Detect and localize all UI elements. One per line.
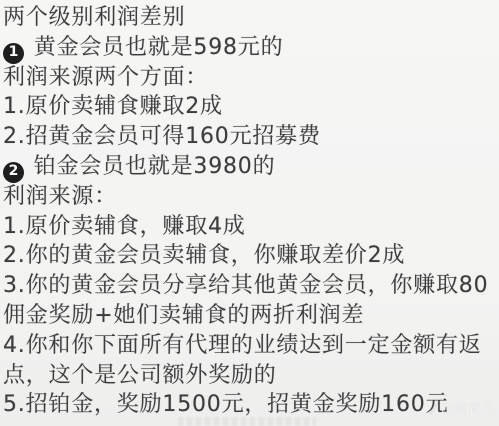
text-line: 佣金奖励+她们卖辅食的两折利润差 <box>3 301 499 331</box>
text-line: 利润来源： <box>3 182 499 212</box>
section-heading-text: 铂金会员也就是3980的 <box>34 154 276 179</box>
section-heading-platinum: 2 铂金会员也就是3980的 <box>3 152 499 182</box>
watermark: /口袋育儿 <box>431 398 496 417</box>
text-line: 1.原价卖辅食，赚取4成 <box>3 212 499 242</box>
text-line: 5.招铂金，奖励1500元，招黄金奖励160元 <box>3 390 499 420</box>
text-line: 1.原价卖辅食赚取2成 <box>3 92 499 122</box>
circled-number-1-icon: 1 <box>3 43 24 64</box>
text-line: 2.招黄金会员可得160元招募费 <box>3 122 499 152</box>
circled-number-2-icon: 2 <box>3 162 24 183</box>
text-line: 利润来源两个方面： <box>3 63 499 93</box>
text-line: 2.你的黄金会员卖辅食，你赚取差价2成 <box>3 241 499 271</box>
page-title: 两个级别利润差别 <box>3 3 499 33</box>
watermark-text: 口袋育儿 <box>440 402 496 417</box>
text-line: 3.你的黄金会员分享给其他黄金会员，你赚取80 <box>3 271 499 301</box>
section-heading-text: 黄金会员也就是598元的 <box>34 35 284 60</box>
title-text: 两个级别利润差别 <box>3 5 185 30</box>
text-screenshot: 两个级别利润差别 1 黄金会员也就是598元的 利润来源两个方面： 1.原价卖辅… <box>0 0 499 426</box>
faint-watermark-smudge <box>178 417 316 426</box>
watermark-slash-icon: / <box>429 402 440 417</box>
text-line: 4.你和你下面所有代理的业绩达到一定金额有返 <box>3 331 499 361</box>
text-block: 两个级别利润差别 1 黄金会员也就是598元的 利润来源两个方面： 1.原价卖辅… <box>3 3 499 420</box>
section-heading-gold: 1 黄金会员也就是598元的 <box>3 33 499 63</box>
text-line: 点，这个是公司额外奖励的 <box>3 361 499 391</box>
